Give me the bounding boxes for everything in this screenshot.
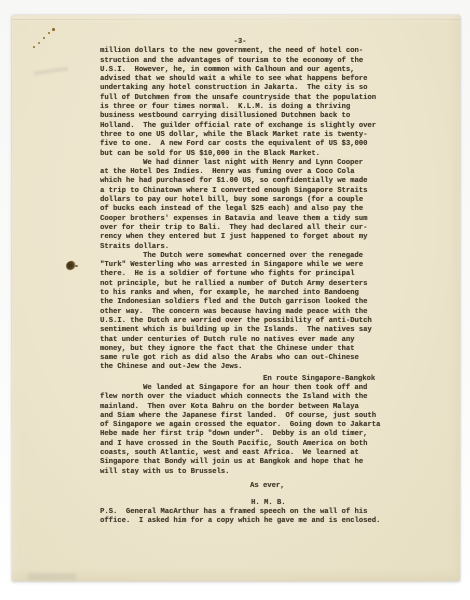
letter-page: -3- million dollars to the new governmen…: [12, 15, 460, 581]
paper-speck: [52, 28, 55, 31]
paper-speck: [43, 37, 45, 39]
paragraph-hotel-economy: million dollars to the new government, t…: [100, 47, 400, 159]
route-heading: En route Singapore-Bangkok: [263, 375, 400, 384]
ink-blot-speck: [75, 265, 78, 267]
paper-speck: [38, 42, 40, 44]
letter-body: -3- million dollars to the new governmen…: [100, 38, 400, 527]
paper-crease: [12, 19, 460, 20]
page-number: -3-: [100, 38, 408, 47]
paper-speck: [48, 32, 50, 34]
paragraph-dinner-coopers: We had dinner last night with Henry and …: [100, 159, 400, 252]
paper-speck: [33, 46, 35, 48]
paragraph-dutch-westerling: The Dutch were somewhat concerned over t…: [100, 252, 400, 373]
postscript: P.S. General MacArthur has a framed spee…: [100, 508, 400, 527]
pencil-smudge: [34, 67, 68, 76]
scan-background: -3- million dollars to the new governmen…: [0, 0, 470, 600]
ink-bleed-smudge: [28, 573, 76, 580]
paragraph-singapore-flight: We landed at Singapore for an hour then …: [100, 384, 400, 477]
signature-initials: H. M. B.: [251, 499, 400, 508]
closing-salutation: As ever,: [250, 482, 400, 491]
